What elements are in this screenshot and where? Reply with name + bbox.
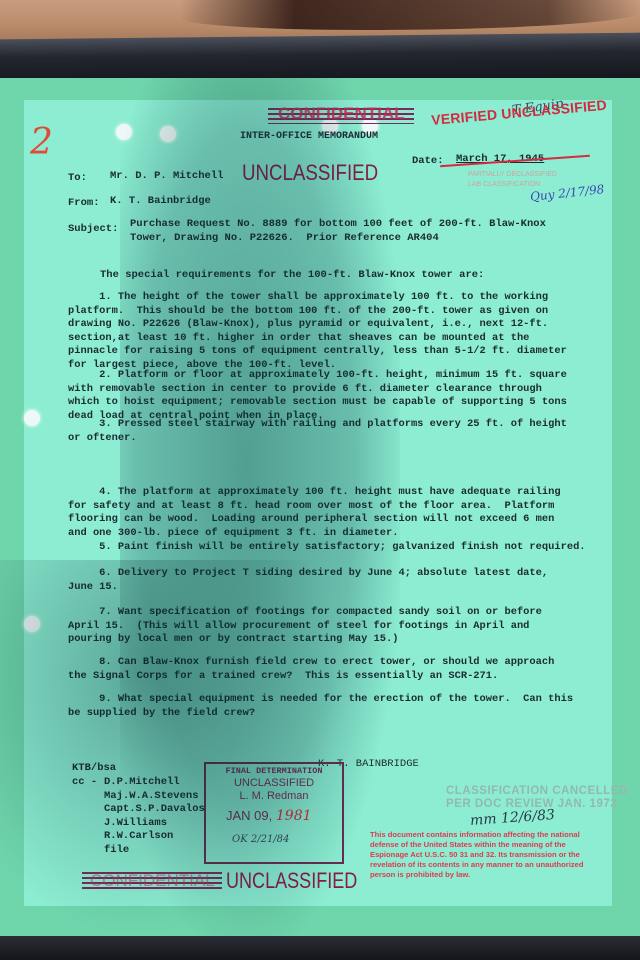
requirement-line: or oftener.: [68, 432, 588, 446]
requirement-line: with removable section in center to prov…: [68, 383, 588, 397]
final-determination-status: UNCLASSIFIED: [206, 777, 342, 789]
requirement-line: 1. The height of the tower shall be appr…: [68, 291, 588, 305]
requirement-line: for safety and at least 8 ft. head room …: [68, 500, 588, 514]
requirement-line: flooring can be wood. Loading around per…: [68, 513, 588, 527]
cc-recipient: D.P.Mitchell: [104, 776, 205, 790]
requirement-line: 6. Delivery to Project T siding desired …: [68, 567, 588, 581]
requirement-line: 7. Want specification of footings for co…: [68, 606, 588, 620]
requirement-item: 1. The height of the tower shall be appr…: [68, 291, 588, 372]
cc-recipient: J.Williams: [104, 817, 205, 831]
requirement-line: 4. The platform at approximately 100 ft.…: [68, 486, 588, 500]
requirement-item: 6. Delivery to Project T siding desired …: [68, 567, 588, 594]
frame-bottom-edge: [0, 936, 640, 960]
to-value: Mr. D. P. Mitchell: [110, 170, 223, 184]
faded-stamp-line: PARTIALLY DECLASSIFIED: [468, 170, 557, 180]
requirement-line: April 15. (This will allow procurement o…: [68, 620, 588, 634]
punch-hole: [24, 616, 40, 632]
subject-line-2: Tower, Drawing No. P22626. Prior Referen…: [130, 232, 439, 246]
cc-recipient: file: [104, 844, 205, 858]
subject-label: Subject:: [68, 223, 118, 237]
cc-recipient: R.W.Carlson: [104, 830, 205, 844]
from-label: From:: [68, 197, 100, 211]
cc-recipient: Maj.W.A.Stevens: [104, 790, 205, 804]
requirement-item: 3. Pressed steel stairway with railing a…: [68, 418, 588, 445]
final-determination-stamp: FINAL DETERMINATION UNCLASSIFIED L. M. R…: [204, 762, 344, 864]
cc-recipient: Capt.S.P.Davalos: [104, 803, 205, 817]
punch-hole: [24, 410, 40, 426]
requirement-line: and one 300-lb. piece of equipment 3 ft.…: [68, 527, 588, 541]
requirement-item: 8. Can Blaw-Knox furnish field crew to e…: [68, 656, 588, 683]
date-year-handwritten: 1981: [276, 808, 312, 824]
requirement-line: drawing No. P22626 (Blaw-Knox), plus pyr…: [68, 318, 588, 332]
requirement-line: pinnacle for raising 5 tons of equipment…: [68, 345, 588, 359]
page-number-handwritten: 2: [30, 122, 53, 163]
footer-unclassified-stamp: UNCLASSIFIED: [226, 868, 357, 894]
requirement-line: platform. This should be the bottom 100 …: [68, 305, 588, 319]
requirement-item: 2. Platform or floor at approximately 10…: [68, 369, 588, 423]
requirement-line: 5. Paint finish will be entirely satisfa…: [68, 541, 588, 555]
cc-list: D.P.MitchellMaj.W.A.StevensCapt.S.P.Dava…: [104, 776, 205, 857]
date-stamp: JAN 09,: [226, 808, 272, 823]
memo-title: INTER-OFFICE MEMORANDUM: [240, 130, 378, 144]
requirement-line: section,at least 10 ft. higher in order …: [68, 332, 588, 346]
final-determination-ok-note: OK 2/21/84: [232, 834, 289, 845]
requirement-line: 2. Platform or floor at approximately 10…: [68, 369, 588, 383]
requirement-line: 3. Pressed steel stairway with railing a…: [68, 418, 588, 432]
from-value: K. T. Bainbridge: [110, 195, 211, 209]
requirement-line: 8. Can Blaw-Knox furnish field crew to e…: [68, 656, 588, 670]
requirement-line: pouring by local men or by contract star…: [68, 633, 588, 647]
confidential-stamp-struck: CONFIDENTIAL: [278, 104, 405, 124]
requirement-line: be supplied by the field crew?: [68, 707, 588, 721]
punch-hole: [160, 126, 176, 142]
requirement-line: June 15.: [68, 581, 588, 595]
footer-confidential-struck: CONFIDENTIAL: [90, 871, 215, 891]
date-label: Date:: [412, 155, 444, 169]
requirement-line: which to hoist equipment; removable sect…: [68, 396, 588, 410]
to-label: To:: [68, 172, 87, 186]
cc-label: cc -: [72, 776, 97, 790]
final-determination-title: FINAL DETERMINATION: [206, 766, 342, 776]
espionage-act-notice: This document contains information affec…: [370, 830, 590, 880]
cancel-stamp-line: CLASSIFICATION CANCELLED: [446, 785, 628, 798]
final-determination-date: JAN 09, 1981: [226, 808, 312, 824]
requirement-line: the Signal Corps for a trained crew? Thi…: [68, 670, 588, 684]
requirement-item: 9. What special equipment is needed for …: [68, 693, 588, 720]
requirement-item: 7. Want specification of footings for co…: [68, 606, 588, 647]
intro-text: The special requirements for the 100-ft.…: [100, 269, 484, 283]
requirement-item: 5. Paint finish will be entirely satisfa…: [68, 541, 588, 555]
unclassified-stamp-top: UNCLASSIFIED: [242, 160, 378, 186]
requirement-line: 9. What special equipment is needed for …: [68, 693, 588, 707]
typist-initials: KTB/bsa: [72, 762, 116, 776]
final-determination-name: L. M. Redman: [206, 790, 342, 802]
faded-declassify-stamp: PARTIALLY DECLASSIFIED LAB CLASSIFICATIO…: [468, 170, 557, 190]
subject-line-1: Purchase Request No. 8889 for bottom 100…: [130, 218, 546, 232]
requirement-item: 4. The platform at approximately 100 ft.…: [68, 486, 588, 540]
punch-hole: [116, 124, 132, 140]
classification-cancelled-stamp: CLASSIFICATION CANCELLED PER DOC REVIEW …: [446, 785, 628, 811]
